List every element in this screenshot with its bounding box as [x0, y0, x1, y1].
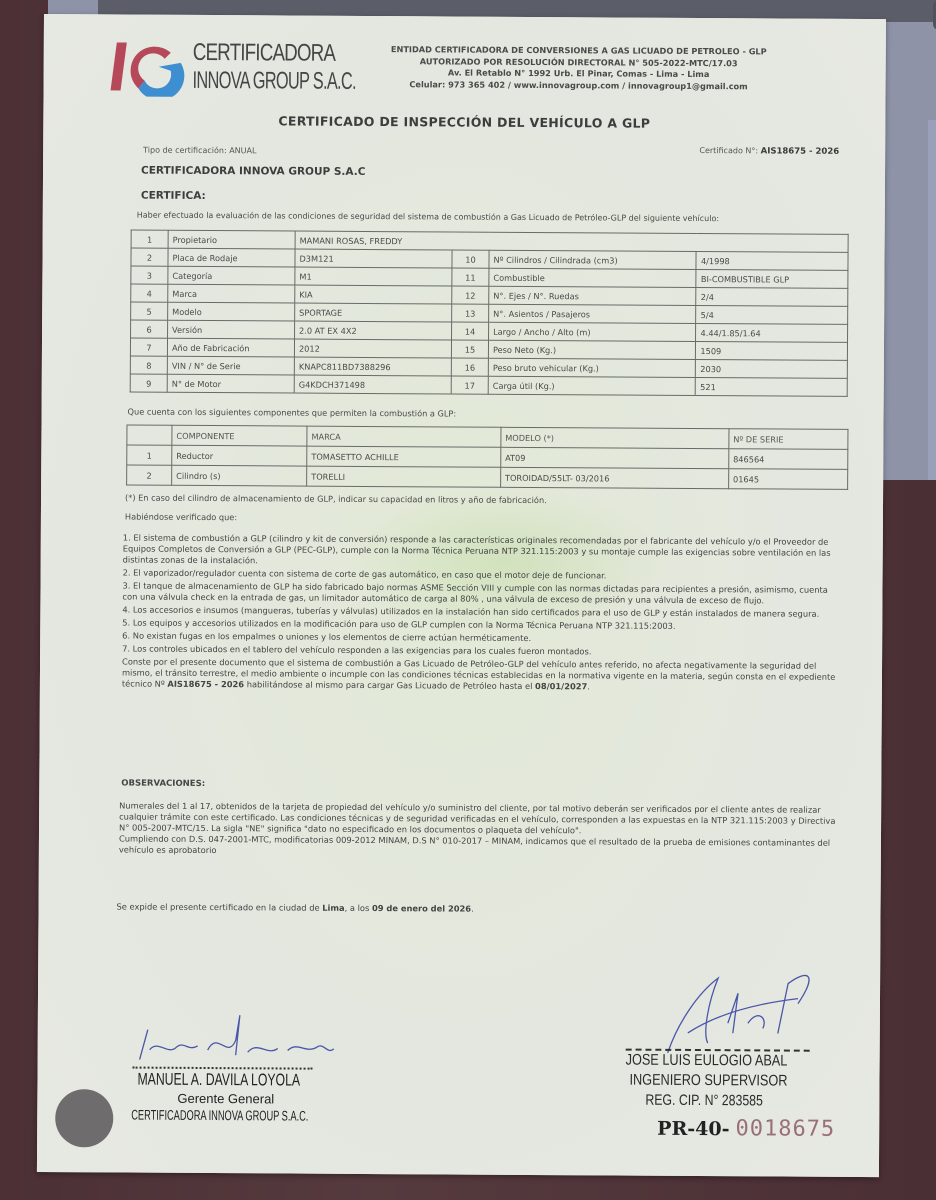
observations-heading: OBSERVACIONES:	[121, 778, 205, 789]
field-label: Largo / Ancho / Alto (m)	[489, 322, 697, 341]
column-header: MARCA	[307, 426, 501, 447]
field-label: Placa de Rodaje	[168, 248, 295, 267]
vehicle-table: 1 Propietario MAMANI ROSAS, FREDDY 2Plac…	[130, 230, 849, 397]
row-number: 16	[451, 358, 488, 376]
field-value: M1	[295, 267, 452, 286]
field-value: 2030	[696, 359, 848, 378]
signature-block-manager: MANUEL A. DAVILA LOYOLA Gerente General …	[118, 1014, 358, 1015]
company-name: CERTIFICADORA INNOVA GROUP S.A.C	[141, 165, 365, 178]
table-cell: 01645	[728, 469, 847, 490]
certification-type: Tipo de certificación: ANUAL	[143, 146, 256, 156]
field-label: Modelo	[168, 302, 295, 321]
table-cell: Cilindro (s)	[172, 465, 307, 486]
certificate-number-label: Certificado N°:	[699, 146, 758, 155]
field-value: 4.44/1.85/1.64	[696, 323, 848, 342]
field-label: Categoría	[168, 266, 295, 285]
serial-number: 0018675	[735, 1116, 835, 1142]
field-label: N° de Motor	[167, 374, 294, 393]
issued-text: .	[471, 904, 474, 914]
field-label: VIN / N° de Serie	[167, 356, 294, 375]
row-number: 8	[130, 356, 167, 374]
entity-info: ENTIDAD CERTIFICADORA DE CONVERSIONES A …	[344, 44, 814, 93]
logo-text-line1: CERTIFICADORA	[193, 39, 336, 68]
field-label: Peso Neto (Kg.)	[488, 340, 696, 359]
row-number: 17	[451, 376, 488, 394]
field-label: Año de Fabricación	[167, 338, 294, 357]
table-cell: TOMASETTO ACHILLE	[307, 446, 501, 467]
table-cell: 846564	[729, 449, 848, 470]
field-label: N°. Ejes / N°. Ruedas	[489, 286, 697, 305]
signer-role: INGENIERO SUPERVISOR	[629, 1072, 787, 1091]
field-value: SPORTAGE	[295, 303, 452, 322]
field-value: 521	[696, 377, 848, 396]
components-intro: Que cuenta con los siguientes componente…	[128, 407, 457, 419]
certificate-number-value: AIS18675 - 2026	[761, 146, 840, 156]
laptop-edge	[928, 120, 936, 480]
table-cell: TORELLI	[307, 466, 501, 487]
row-number: 2	[127, 465, 172, 485]
field-value: 4/1998	[696, 251, 848, 270]
field-value: 2012	[294, 339, 451, 358]
observation-item: Cumpliendo con D.S. 047-2001-MTC, modifi…	[119, 833, 841, 859]
row-number: 12	[452, 286, 489, 304]
field-value: KIA	[295, 285, 452, 304]
field-value: 5/4	[696, 305, 848, 324]
valid-until-date: 08/01/2027	[535, 681, 587, 691]
field-label: Propietario	[168, 230, 295, 249]
ig-logo-icon	[108, 36, 188, 96]
certifica-heading: CERTIFICA:	[141, 190, 206, 202]
column-header: COMPONENTE	[172, 425, 307, 446]
field-value: D3M121	[295, 249, 452, 268]
verifications-list: 1. El sistema de combustión a GLP (cilin…	[122, 532, 843, 695]
observation-item: Numerales del 1 al 17, obtenidos de la t…	[119, 800, 841, 837]
field-value: G4KDCH371498	[294, 375, 451, 394]
field-value: BI-COMBUSTIBLE GLP	[696, 269, 848, 288]
row-number: 13	[452, 304, 489, 322]
table-row: 2Cilindro (s)TORELLITOROIDAD/55LT- 03/20…	[127, 465, 848, 489]
row-number: 1	[131, 230, 168, 248]
row-number: 9	[130, 374, 167, 392]
expediente-number: AIS18675 - 2026	[167, 679, 244, 689]
conste-paragraph: Conste por el presente documento que el …	[122, 656, 842, 693]
row-number: 15	[451, 340, 488, 358]
signature-icon	[128, 1010, 348, 1071]
field-label: Combustible	[489, 268, 697, 287]
row-number: 6	[131, 320, 168, 338]
row-number: 7	[130, 338, 167, 356]
column-header: Nº DE SERIE	[729, 429, 848, 450]
conste-text: habilitándose al mismo para cargar Gas L…	[244, 679, 535, 691]
seal-stamp	[55, 1089, 113, 1147]
table-cell: AT09	[501, 447, 729, 468]
table-cell: Reductor	[172, 445, 307, 466]
row-number: 3	[131, 266, 168, 284]
row-number: 11	[452, 268, 489, 286]
field-value: KNAPC811BD7388296	[294, 357, 451, 376]
row-number: 5	[131, 302, 168, 320]
column-header	[127, 425, 172, 445]
signer-name: MANUEL A. DAVILA LOYOLA	[137, 1070, 300, 1091]
conste-text: .	[587, 681, 590, 691]
form-serial: PR-40-0018675	[657, 1116, 835, 1142]
field-value: 2/4	[696, 287, 848, 306]
signer-name: JOSE LUIS EULOGIO ABAL	[626, 1052, 788, 1071]
row-number: 4	[131, 284, 168, 302]
table-cell: TOROIDAD/55LT- 03/2016	[500, 467, 728, 488]
signer-role: Gerente General	[177, 1091, 274, 1107]
field-label: Marca	[168, 284, 295, 303]
field-label: Carga útil (Kg.)	[488, 376, 696, 395]
row-number: 2	[131, 248, 168, 266]
row-number: 14	[452, 322, 489, 340]
column-header: MODELO (*)	[501, 427, 729, 448]
serial-prefix: PR-40-	[657, 1118, 729, 1140]
issued-text: Se expide el presente certificado en la …	[117, 901, 323, 912]
verification-item: 1. El sistema de combustión a GLP (cilin…	[123, 532, 843, 569]
field-label: Versión	[168, 320, 295, 339]
signer-registration: REG. CIP. N° 283585	[645, 1092, 763, 1110]
field-label: Nº Cilindros / Cilindrada (cm3)	[489, 250, 697, 269]
company-logo: CERTIFICADORA INNOVA GROUP S.A.C.	[108, 36, 308, 97]
logo-text-line2: INNOVA GROUP S.A.C.	[193, 67, 356, 96]
issued-city: Lima	[322, 903, 344, 913]
certificate-number: Certificado N°: AIS18675 - 2026	[699, 146, 839, 157]
verified-heading: Habiéndose verificado que:	[125, 512, 237, 523]
certificate-paper: CERTIFICADORA INNOVA GROUP S.A.C. ENTIDA…	[37, 14, 886, 1177]
table-row: 9N° de MotorG4KDCH37149817Carga útil (Kg…	[130, 374, 847, 396]
components-table: COMPONENTEMARCAMODELO (*)Nº DE SERIE1Red…	[126, 425, 848, 490]
field-label: N°. Asientos / Pasajeros	[489, 304, 697, 323]
verification-item: 3. El tanque de almacenamiento de GLP ha…	[122, 580, 842, 606]
row-number: 1	[127, 445, 172, 465]
issued-date: 09 de enero del 2026	[372, 903, 471, 914]
field-label: Peso bruto vehicular (Kg.)	[488, 358, 696, 377]
issued-text: , a los	[345, 903, 372, 913]
row-number: 10	[452, 250, 489, 268]
signer-organization: CERTIFICADORA INNOVA GROUP S.A.C.	[131, 1107, 308, 1124]
field-value: 1509	[696, 341, 848, 360]
observations-text: Numerales del 1 al 17, obtenidos de la t…	[119, 800, 841, 859]
signature-block-supervisor: JOSE LUIS EULOGIO ABAL INGENIERO SUPERVI…	[618, 968, 858, 969]
field-value: 2.0 AT EX 4X2	[295, 321, 452, 340]
